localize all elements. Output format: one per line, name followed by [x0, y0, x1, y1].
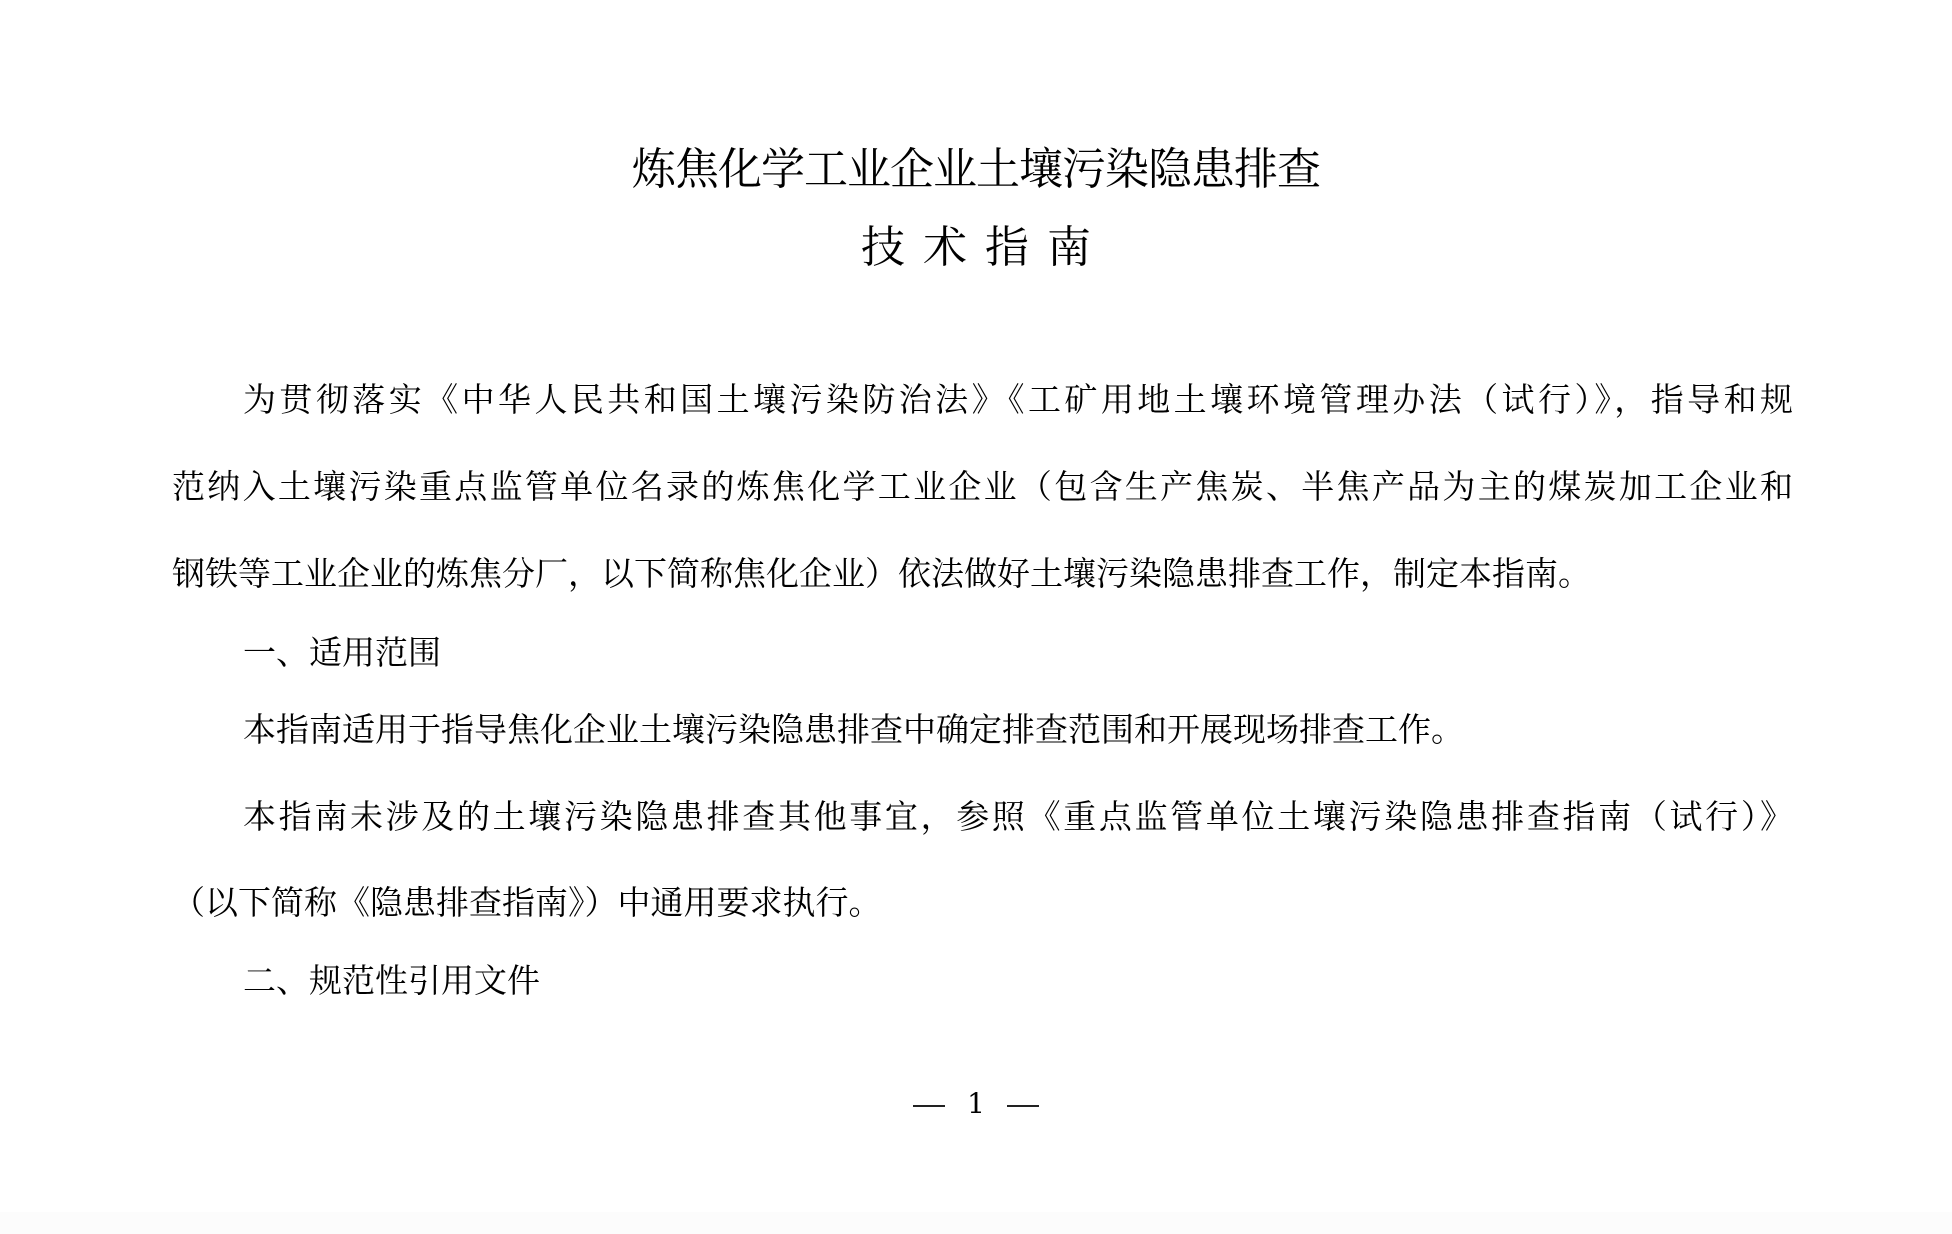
paragraph-intro-line-2: 范纳入土壤污染重点监管单位名录的炼焦化学工业企业（包含生产焦炭、半焦产品为主的煤…	[172, 465, 1793, 509]
section-heading-scope: 一、适用范围	[243, 631, 1793, 675]
paragraph-reference-line-1: 本指南未涉及的土壤污染隐患排查其他事宜，参照《重点监管单位土壤污染隐患排查指南（…	[243, 795, 1793, 839]
document-subtitle: 技术指南	[0, 222, 1952, 274]
page-number-dash-left	[913, 1105, 945, 1107]
page-number-dash-right	[1007, 1105, 1039, 1107]
page-number: 1	[0, 1086, 1952, 1122]
paragraph-reference-line-2: （以下简称《隐患排查指南》）中通用要求执行。	[172, 881, 1793, 925]
section-heading-normative-references: 二、规范性引用文件	[243, 959, 1793, 1003]
page-number-value: 1	[967, 1087, 985, 1120]
paragraph-scope-line-1: 本指南适用于指导焦化企业土壤污染隐患排查中确定排查范围和开展现场排查工作。	[243, 708, 1793, 752]
page-bottom-edge	[0, 1212, 1952, 1234]
document-title: 炼焦化学工业企业土壤污染隐患排查	[0, 144, 1952, 196]
document-page: 炼焦化学工业企业土壤污染隐患排查 技术指南 为贯彻落实《中华人民共和国土壤污染防…	[0, 0, 1952, 1234]
paragraph-intro-line-3: 钢铁等工业企业的炼焦分厂，以下简称焦化企业）依法做好土壤污染隐患排查工作，制定本…	[172, 552, 1793, 596]
paragraph-intro-line-1: 为贯彻落实《中华人民共和国土壤污染防治法》《工矿用地土壤环境管理办法（试行）》，…	[243, 378, 1793, 422]
